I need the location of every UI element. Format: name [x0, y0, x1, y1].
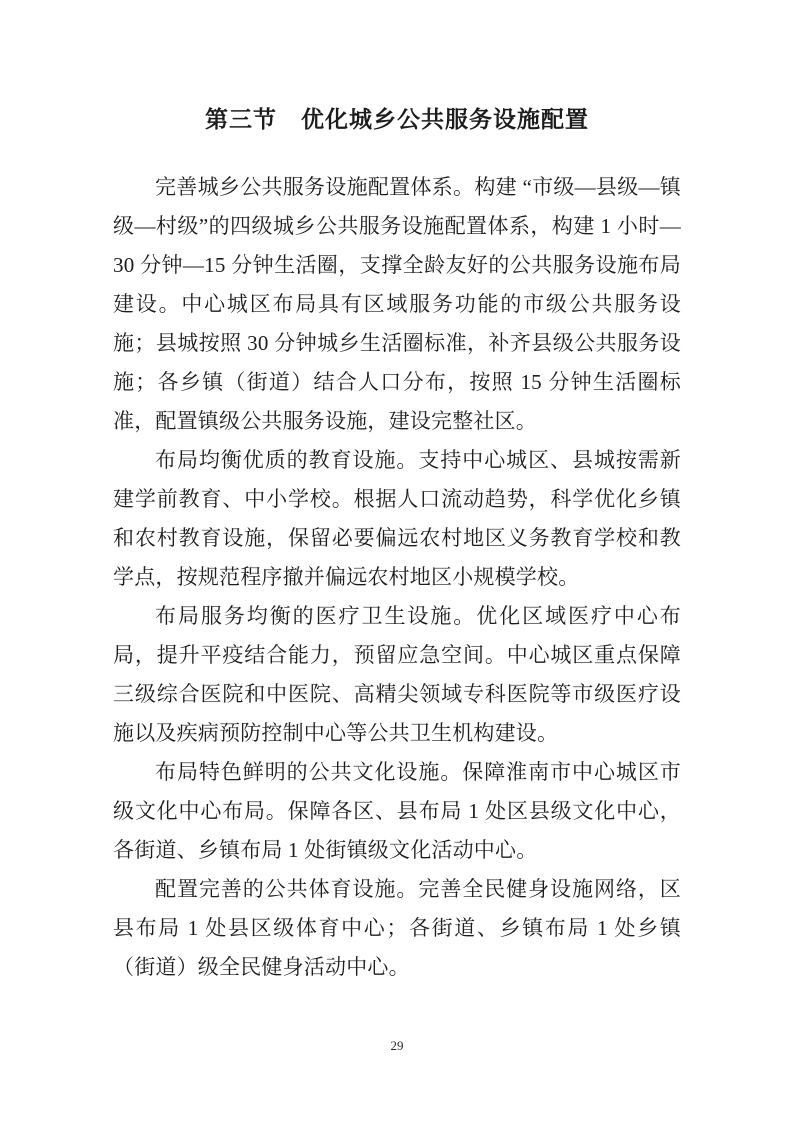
document-page: 第三节 优化城乡公共服务设施配置 完善城乡公共服务设施配置体系。构建 “市级—县… — [0, 0, 794, 1122]
paragraph-lead: 布局特色鲜明的公共文化设施。 — [155, 760, 462, 784]
paragraph-lead: 布局均衡优质的教育设施。 — [155, 448, 418, 472]
paragraph-lead: 完善城乡公共服务设施配置体系。 — [155, 175, 474, 199]
paragraph: 布局均衡优质的教育设施。支持中心城区、县城按需新建学前教育、中小学校。根据人口流… — [113, 441, 681, 597]
paragraph-lead: 布局服务均衡的医疗卫生设施。 — [155, 604, 476, 628]
page-number: 29 — [0, 1038, 794, 1054]
section-title: 第三节 优化城乡公共服务设施配置 — [113, 104, 681, 134]
page-content: 第三节 优化城乡公共服务设施配置 完善城乡公共服务设施配置体系。构建 “市级—县… — [113, 104, 681, 987]
paragraph-lead: 配置完善的公共体育设施。 — [155, 877, 418, 901]
paragraph: 布局特色鲜明的公共文化设施。保障淮南市中心城区市级文化中心布局。保障各区、县布局… — [113, 753, 681, 870]
paragraph: 完善城乡公共服务设施配置体系。构建 “市级—县级—镇级—村级”的四级城乡公共服务… — [113, 168, 681, 441]
paragraph-body: 构建 “市级—县级—镇级—村级”的四级城乡公共服务设施配置体系，构建 1 小时—… — [113, 175, 681, 433]
paragraph: 配置完善的公共体育设施。完善全民健身设施网络，区县布局 1 处县区级体育中心；各… — [113, 870, 681, 987]
paragraph: 布局服务均衡的医疗卫生设施。优化区域医疗中心布局，提升平疫结合能力，预留应急空间… — [113, 597, 681, 753]
